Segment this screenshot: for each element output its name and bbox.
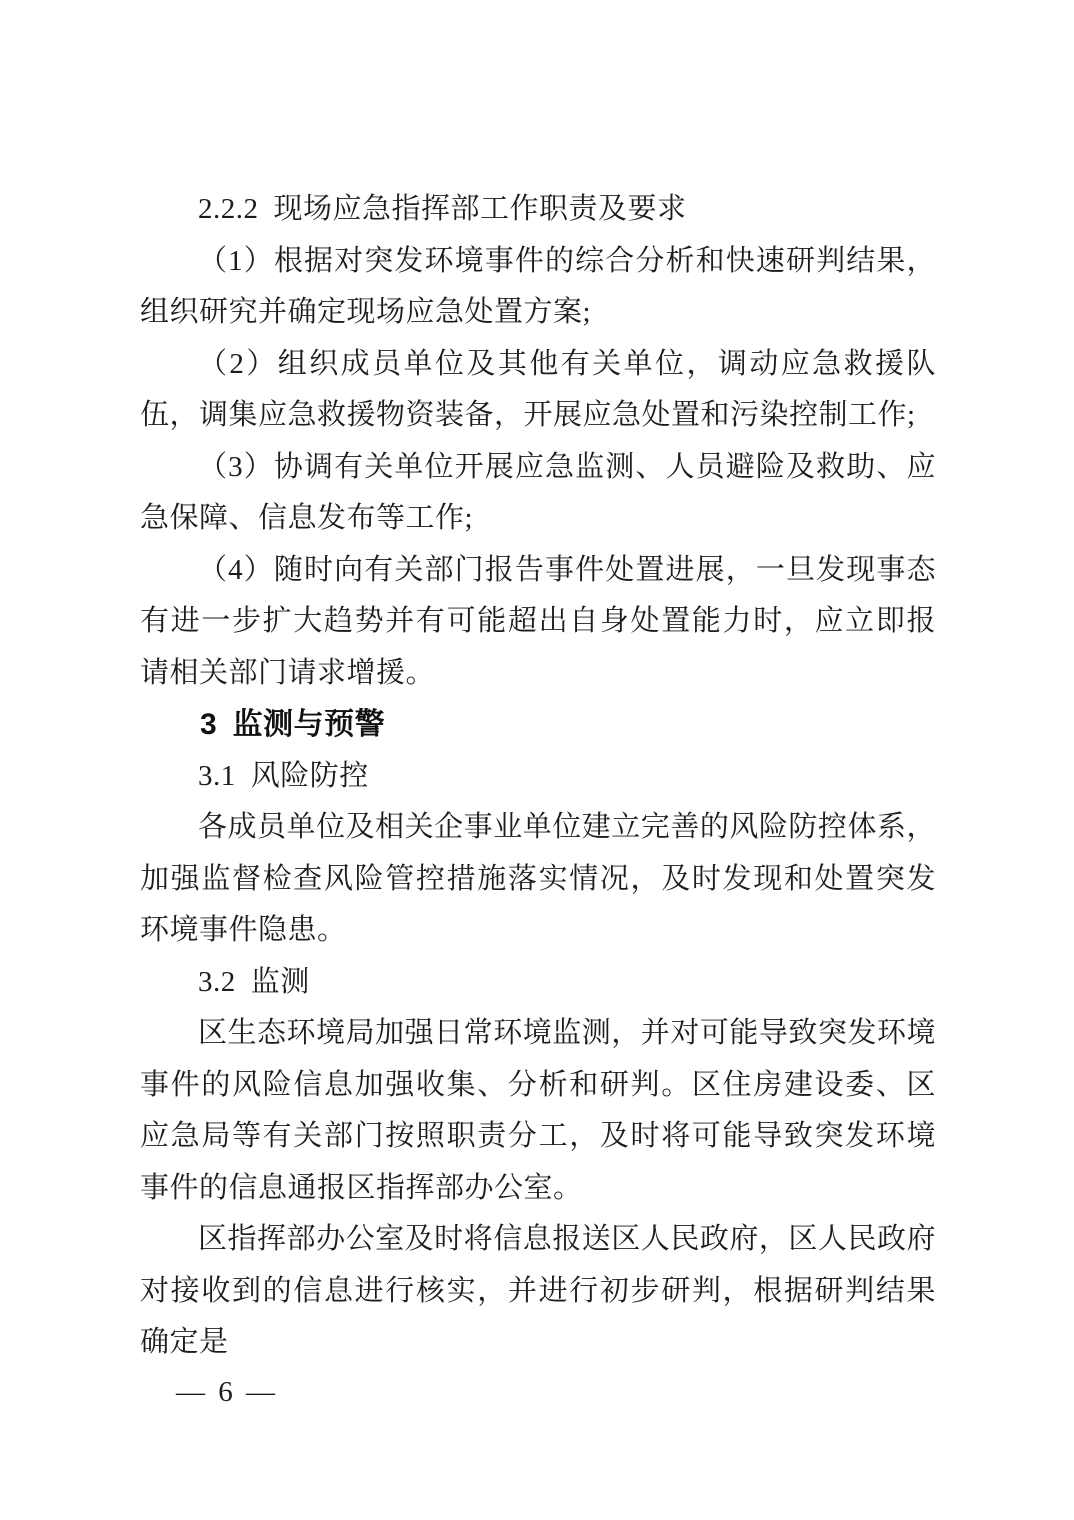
heading-2-2-2: 2.2.2 现场应急指挥部工作职责及要求 [140,184,936,236]
paragraph-item-4: （4）随时向有关部门报告事件处置进展，一旦发现事态有进一步扩大趋势并有可能超出自… [140,545,936,700]
paragraph-report-verify: 区指挥部办公室及时将信息报送区人民政府，区人民政府对接收到的信息进行核实，并进行… [140,1214,936,1369]
heading-3-1-risk-control: 3.1 风险防控 [140,751,936,803]
heading-3-2-monitoring: 3.2 监测 [140,957,936,1009]
paragraph-item-1: （1）根据对突发环境事件的综合分析和快速研判结果，组织研究并确定现场应急处置方案… [140,236,936,339]
paragraph-item-2: （2）组织成员单位及其他有关单位，调动应急救援队伍，调集应急救援物资装备，开展应… [140,339,936,442]
paragraph-monitoring: 区生态环境局加强日常环境监测，并对可能导致突发环境事件的风险信息加强收集、分析和… [140,1008,936,1214]
paragraph-item-3: （3）协调有关单位开展应急监测、人员避险及救助、应急保障、信息发布等工作; [140,442,936,545]
document-page: 2.2.2 现场应急指挥部工作职责及要求 （1）根据对突发环境事件的综合分析和快… [0,0,1074,1520]
paragraph-risk-control: 各成员单位及相关企事业单位建立完善的风险防控体系，加强监督检查风险管控措施落实情… [140,802,936,957]
page-number: — 6 — [176,1376,278,1409]
document-body: 2.2.2 现场应急指挥部工作职责及要求 （1）根据对突发环境事件的综合分析和快… [140,184,936,1369]
heading-3-monitoring: 3 监测与预警 [140,699,936,751]
